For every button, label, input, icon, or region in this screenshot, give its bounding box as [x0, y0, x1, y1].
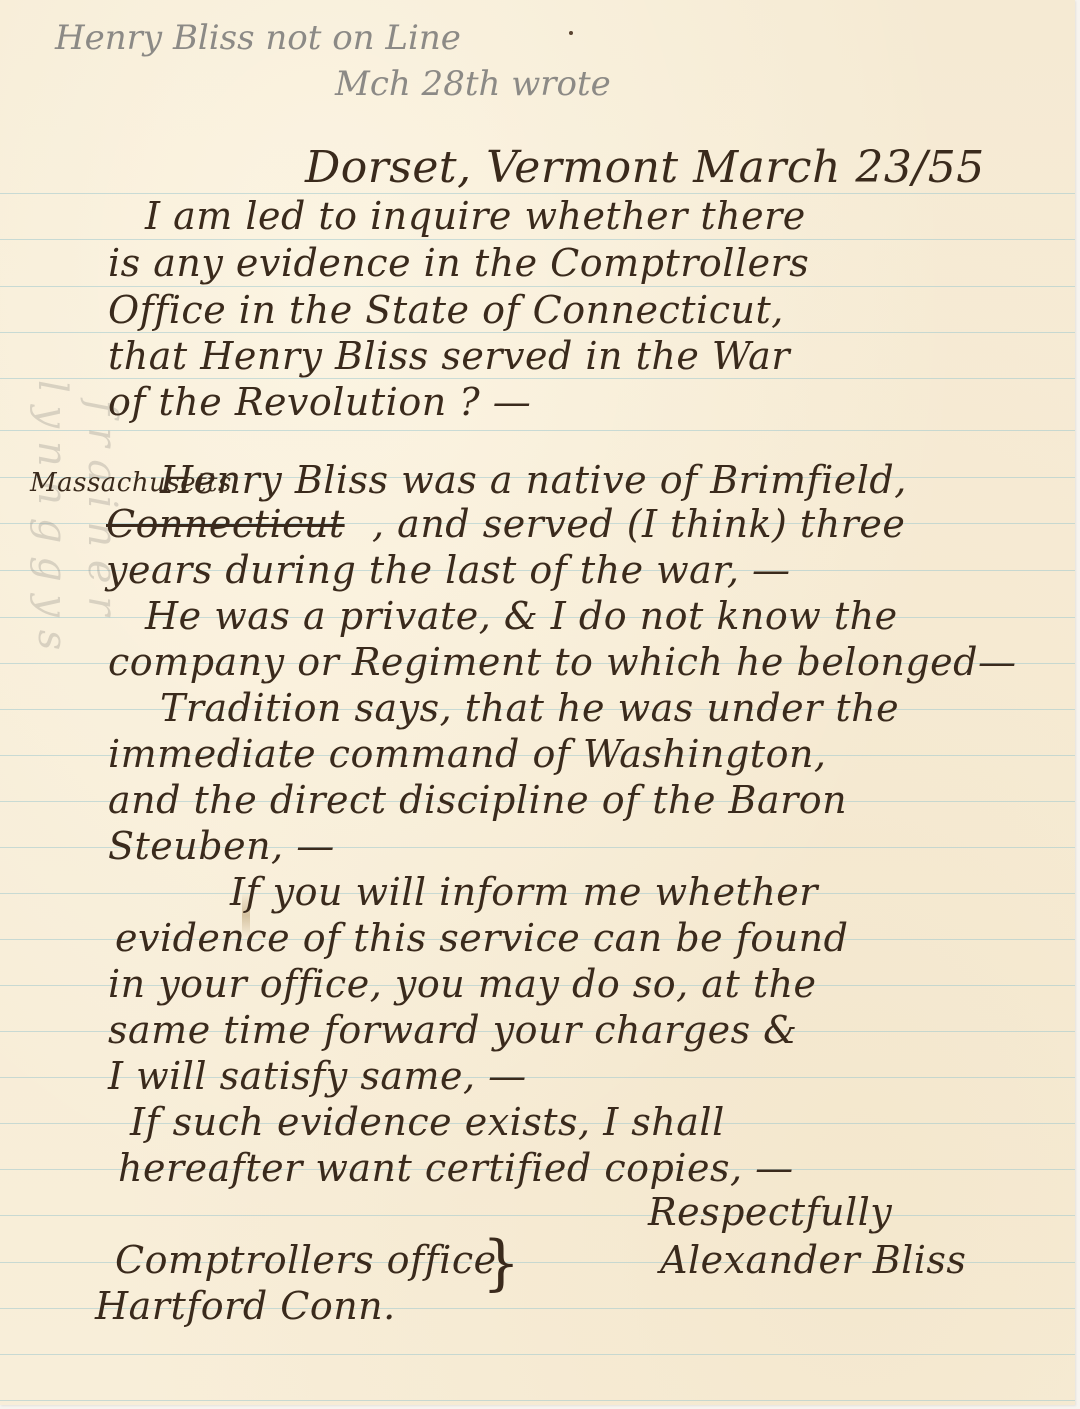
ink-spot	[569, 31, 573, 35]
body-line: Office in the State of Connecticut,	[108, 288, 784, 332]
rule-line	[0, 378, 1075, 379]
body-line: of the Revolution ? —	[108, 380, 531, 424]
body-line: is any evidence in the Comptrollers	[108, 241, 809, 285]
body-line: evidence of this service can be found	[115, 916, 848, 960]
addressee-line2: Hartford Conn.	[95, 1284, 396, 1328]
body-line: company or Regiment to which he belonged…	[108, 640, 1016, 684]
body-line: immediate command of Washington,	[108, 732, 827, 776]
body-line: Steuben, —	[108, 824, 335, 868]
body-line: I am led to inquire whether there	[145, 194, 806, 238]
rule-line	[0, 1215, 1075, 1216]
addressee-brace: }	[482, 1228, 521, 1298]
body-line: years during the last of the war, —	[106, 548, 791, 592]
body-line: and the direct discipline of the Baron	[108, 778, 847, 822]
body-line: Tradition says, that he was under the	[160, 686, 899, 730]
rule-line	[0, 1400, 1075, 1401]
signature: Alexander Bliss	[660, 1238, 966, 1282]
body-line: , and served (I think) three	[372, 502, 905, 546]
insertion-massachusetts: Massachusetts	[30, 468, 232, 498]
pencil-note-line2: Mch 28th wrote	[335, 64, 611, 104]
body-line: that Henry Bliss served in the War	[108, 334, 790, 378]
body-line: in your office, you may do so, at the	[108, 962, 817, 1006]
bleed-through-writing: l y n n g g y s	[29, 380, 75, 650]
body-line: If such evidence exists, I shall	[130, 1100, 725, 1144]
rule-line	[0, 239, 1075, 240]
body-line: hereafter want certified copies, —	[118, 1146, 794, 1190]
letter-paper: l y n n g g y s f r a i n e r Henry Blis…	[0, 0, 1075, 1405]
body-line: same time forward your charges &	[108, 1008, 798, 1052]
rule-line	[0, 332, 1075, 333]
body-line: Henry Bliss was a native of Brimfield,	[160, 458, 907, 502]
rule-line	[0, 286, 1075, 287]
body-line: If you will inform me whether	[230, 870, 818, 914]
rule-line	[0, 1354, 1075, 1355]
pencil-note-line1: Henry Bliss not on Line	[55, 18, 461, 58]
addressee-line1: Comptrollers office	[115, 1238, 497, 1282]
body-line: He was a private, & I do not know the	[145, 594, 898, 638]
body-line: I will satisfy same, —	[108, 1054, 527, 1098]
dateline: Dorset, Vermont March 23/55	[305, 142, 985, 193]
rule-line	[0, 430, 1075, 431]
struck-word-connecticut: Connecticut	[106, 502, 345, 546]
closing-salutation: Respectfully	[648, 1190, 892, 1234]
